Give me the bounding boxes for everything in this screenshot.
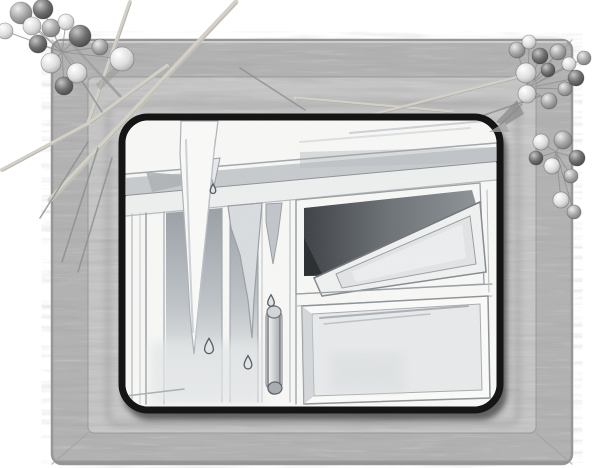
berry [516, 63, 536, 83]
berry [58, 14, 74, 30]
berry [544, 158, 560, 174]
berry [550, 44, 566, 60]
berry [553, 192, 569, 208]
berry [518, 85, 536, 103]
illustration-stage [0, 0, 600, 468]
berry [567, 205, 581, 219]
berry [41, 53, 61, 73]
window-sketch [125, 120, 497, 407]
berry [522, 35, 536, 49]
berry [67, 63, 87, 83]
berry [29, 35, 47, 53]
berry [42, 19, 60, 37]
berry [69, 25, 91, 47]
berry [541, 93, 557, 109]
berry [541, 63, 555, 77]
berry [33, 0, 53, 19]
berry [0, 23, 13, 39]
berry [529, 151, 543, 165]
berry [569, 150, 585, 166]
berry [110, 47, 134, 71]
berry [532, 48, 548, 64]
berry [577, 51, 591, 65]
berry [558, 82, 572, 96]
berry [23, 17, 41, 35]
berry [568, 70, 584, 86]
berry [554, 131, 572, 149]
berry [92, 39, 108, 55]
paper-texture [125, 120, 497, 407]
berry [564, 169, 578, 183]
berry [562, 57, 576, 71]
inset-picture [122, 117, 507, 420]
illustration-canvas [0, 0, 600, 468]
berry [533, 134, 549, 150]
